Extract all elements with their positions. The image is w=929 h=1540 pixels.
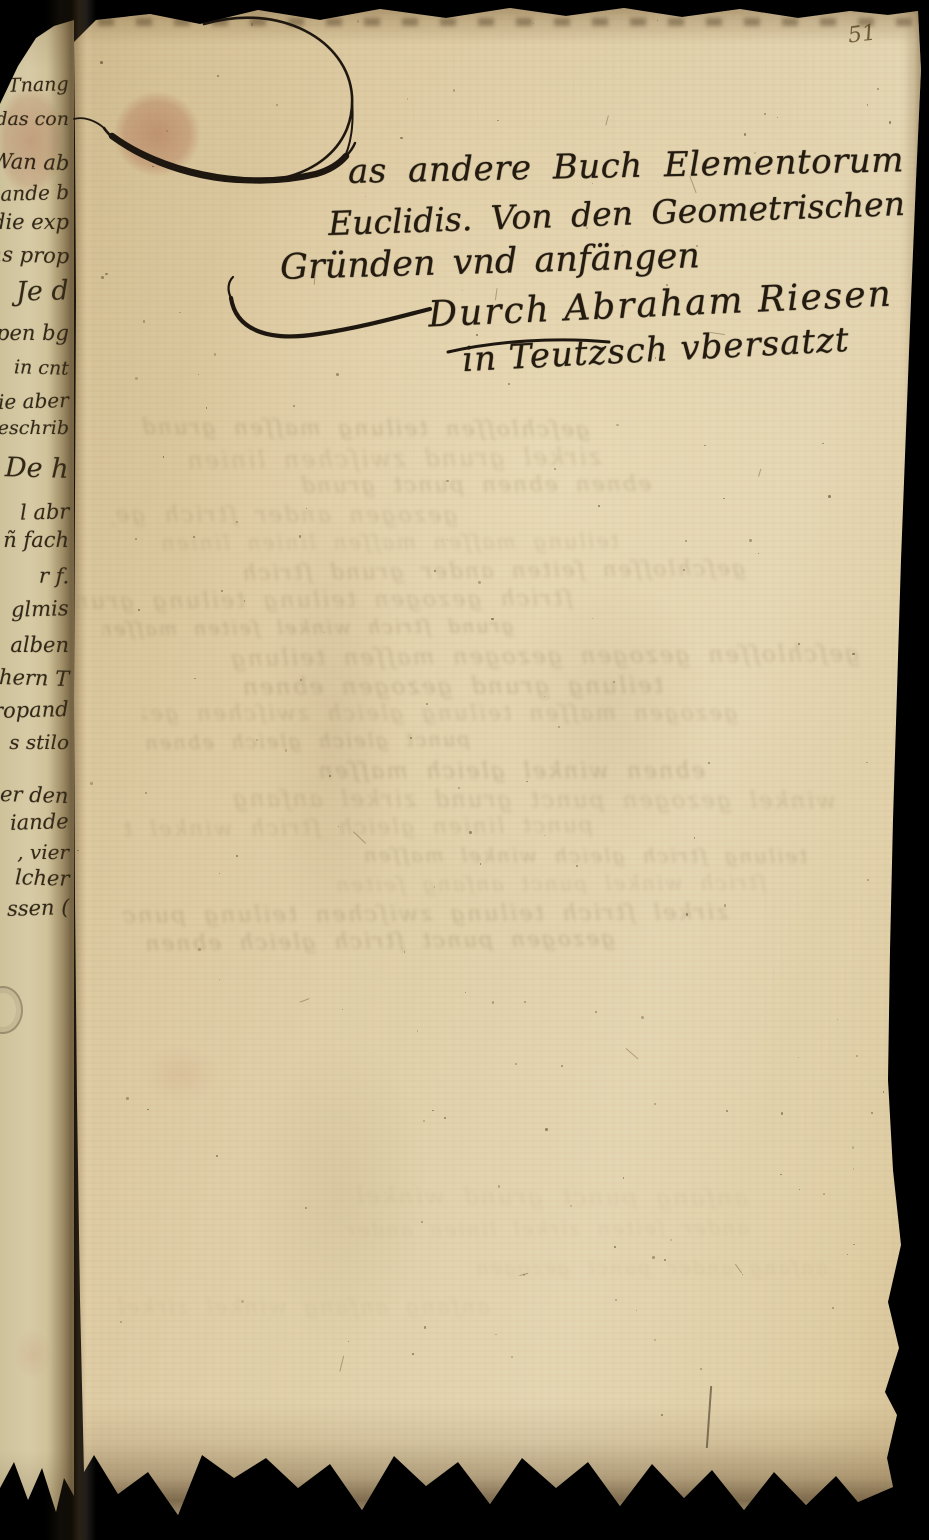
paper-speck bbox=[558, 726, 559, 727]
bleedthrough-row: teilung grund gezogen ebnen bbox=[110, 671, 663, 700]
paper-speck bbox=[866, 762, 867, 763]
folio-number: 51 bbox=[847, 20, 878, 48]
paper-speck bbox=[478, 581, 480, 583]
paper-speck bbox=[469, 831, 472, 834]
paper-speck bbox=[847, 1254, 848, 1255]
paper-speck bbox=[421, 1221, 423, 1223]
paper-speck bbox=[686, 913, 688, 915]
bleedthrough-row: zirkel grund zwiſchen linien bbox=[101, 442, 602, 475]
paper-speck bbox=[798, 643, 800, 645]
paper-speck bbox=[554, 468, 556, 470]
paper-speck bbox=[465, 992, 466, 993]
paper-speck bbox=[598, 505, 600, 507]
bleedthrough-row: punct linien gleich ſtrich winkel teilun… bbox=[122, 813, 593, 842]
handwriting-fragment: iande bbox=[10, 809, 69, 835]
bleedthrough-row: gezogen maſſen teilung gleich zwiſchen g… bbox=[142, 701, 738, 726]
handwriting-fragment: r f. bbox=[38, 564, 69, 589]
bleedthrough-row: geſchloſſen teilung maſſen grund bbox=[110, 415, 590, 443]
paper-speck bbox=[480, 863, 481, 864]
paper-speck bbox=[145, 792, 147, 794]
handwriting-fragment: chs prop bbox=[0, 242, 69, 269]
paper-speck bbox=[342, 1009, 343, 1010]
torn-paper-flap bbox=[340, 1508, 394, 1538]
paper-speck bbox=[147, 1109, 149, 1111]
paper-speck bbox=[545, 1128, 548, 1131]
paper-speck bbox=[410, 737, 412, 739]
paper-speck bbox=[670, 1239, 672, 1241]
bleedthrough-row: ander ſeiten zirkel linien ander bbox=[155, 1216, 748, 1243]
bleedthrough-row: winkel gezogen punct grund zirkel anfang bbox=[98, 785, 836, 814]
handwriting-fragment: das con bbox=[0, 108, 69, 130]
paper-speck bbox=[90, 782, 92, 784]
paper-speck bbox=[570, 1205, 572, 1207]
paper-speck bbox=[336, 373, 339, 376]
paper-speck bbox=[143, 320, 145, 322]
handwriting-fragment: t geschrib bbox=[0, 417, 69, 439]
handwriting-fragment: in cnt bbox=[14, 356, 69, 380]
paper-speck bbox=[726, 1110, 728, 1112]
bleedthrough-row: gezogen punct ſtrich gleich ebnen bbox=[136, 926, 615, 956]
handwriting-fragment: , vier bbox=[17, 840, 69, 864]
handwriting-fragment: Tnang bbox=[8, 73, 69, 97]
handwriting-fragment: pen bg bbox=[0, 321, 69, 345]
paper-speck bbox=[126, 1097, 129, 1100]
paper-speck bbox=[236, 521, 238, 523]
bleedthrough-row: anfang anfang winkel zirkel maſſen punct bbox=[118, 1294, 490, 1319]
bleedthrough-row: ebnen ebnen punct grund bbox=[139, 472, 651, 499]
bleedthrough-row: gezogen ander ſtrich geſchloſſen ebnen l… bbox=[112, 501, 458, 528]
paper-speck bbox=[491, 618, 493, 620]
bleedthrough-row: teilung maſſen maſſen linien linien bbox=[89, 529, 619, 555]
handwriting-fragment: s stilo bbox=[9, 730, 69, 754]
paper-speck bbox=[135, 377, 138, 380]
handwriting-fragment: De h bbox=[5, 452, 69, 485]
handwriting-fragment: Je d bbox=[16, 275, 70, 307]
paper-speck bbox=[867, 879, 869, 881]
paper-speck bbox=[100, 61, 103, 64]
bleedthrough-row: punct gleich gleich ebnen bbox=[78, 727, 470, 755]
paper-speck bbox=[256, 739, 258, 741]
paper-speck bbox=[348, 1341, 349, 1342]
bleedthrough-row: ſtrich winkel punct anfang ſeiten bbox=[137, 870, 766, 897]
paper-speck bbox=[524, 1001, 526, 1003]
paper-speck bbox=[152, 166, 154, 168]
manuscript-scan: Tnangdas conWan abiande bdie expchs prop… bbox=[0, 0, 929, 1540]
paper-speck bbox=[198, 948, 201, 951]
paper-speck bbox=[105, 273, 107, 275]
paper-speck bbox=[683, 569, 685, 571]
paper-speck bbox=[616, 424, 618, 426]
page-right-edge bbox=[902, 2, 924, 1538]
handwriting-fragment: lcher bbox=[14, 865, 69, 891]
manuscript-page: geſchloſſen teilung maſſen grundzirkel g… bbox=[60, 2, 924, 1538]
paper-speck bbox=[777, 117, 778, 118]
handwriting-fragment: hern T bbox=[0, 665, 69, 691]
paper-speck bbox=[685, 540, 687, 542]
paper-speck bbox=[508, 383, 510, 385]
bleedthrough-row: zirkel ſtrich teilung zwiſchen teilung p… bbox=[121, 899, 728, 928]
paper-speck bbox=[412, 1353, 414, 1355]
handwriting-fragment: glmis bbox=[11, 596, 69, 622]
handwriting-fragment: ñ fach bbox=[3, 528, 69, 552]
bleedthrough-row: ſtrich gezogen teilung teilung grund ſtr… bbox=[78, 585, 573, 614]
page-top-edge bbox=[60, 2, 924, 44]
paper-speck bbox=[652, 1256, 655, 1259]
handwriting-fragment: ie aber bbox=[0, 388, 69, 414]
paper-speck bbox=[832, 1307, 834, 1309]
paper-speck bbox=[214, 353, 216, 355]
paper-speck bbox=[400, 137, 402, 139]
handwriting-fragment: ropand bbox=[0, 697, 69, 723]
paper-speck bbox=[120, 1321, 122, 1323]
paper-speck bbox=[654, 1103, 656, 1105]
paper-speck bbox=[871, 1112, 873, 1114]
torn-paper-flap bbox=[255, 1504, 315, 1538]
paper-speck bbox=[293, 405, 295, 407]
paper-speck bbox=[823, 1193, 825, 1195]
bleedthrough-row: anfang punct grund winkel bbox=[151, 1180, 748, 1211]
paper-speck bbox=[704, 445, 705, 446]
paper-speck bbox=[744, 133, 746, 135]
handwriting-fragment: er den bbox=[0, 782, 69, 808]
paper-speck bbox=[889, 121, 892, 124]
paper-speck bbox=[236, 855, 237, 856]
paper-speck bbox=[216, 1155, 218, 1157]
ink-stain bbox=[98, 76, 216, 192]
paper-speck bbox=[615, 1299, 617, 1301]
bleedthrough-row: grund ſtrich winkel ſeiten maſſen grund bbox=[103, 614, 514, 640]
handwriting-fragment: iande b bbox=[0, 180, 69, 206]
paper-speck bbox=[852, 653, 854, 655]
paper-speck bbox=[407, 98, 408, 99]
handwriting-fragment: ssen ( bbox=[6, 895, 69, 921]
handwriting-fragment: alben bbox=[10, 633, 69, 657]
paper-speck bbox=[426, 703, 428, 705]
paper-speck bbox=[324, 632, 325, 633]
paper-speck bbox=[822, 443, 823, 444]
paper-speck bbox=[101, 276, 103, 278]
paper-speck bbox=[166, 130, 168, 132]
torn-paper-flap bbox=[155, 1498, 225, 1538]
adjacent-page-edge: Tnangdas conWan abiande bdie expchs prop… bbox=[0, 0, 74, 1540]
paper-speck bbox=[217, 75, 219, 77]
handwriting-fragment: die exp bbox=[0, 210, 69, 234]
paper-speck bbox=[742, 1274, 743, 1275]
paper-speck bbox=[434, 886, 436, 888]
paper-speck bbox=[724, 904, 727, 907]
handwriting-fragment: l abr bbox=[19, 499, 69, 524]
bleedthrough-row: ebnen winkel gleich maſſen bbox=[107, 758, 705, 784]
paper-speck bbox=[434, 570, 436, 572]
paper-speck bbox=[498, 1185, 500, 1187]
paper-speck bbox=[241, 1300, 244, 1303]
bleedthrough-row: anfang ander punct gezogen bbox=[99, 1256, 827, 1280]
faint-stain bbox=[6, 1316, 60, 1392]
paper-speck bbox=[446, 480, 448, 482]
paper-speck bbox=[867, 104, 868, 105]
paper-speck bbox=[561, 1065, 563, 1067]
paper-speck bbox=[476, 334, 477, 335]
handwriting-fragment: Wan ab bbox=[0, 149, 69, 175]
paper-speck bbox=[828, 495, 831, 498]
paper-speck bbox=[664, 1259, 666, 1261]
paper-speck bbox=[300, 679, 302, 681]
paper-speck bbox=[641, 1016, 644, 1019]
torn-bottom-edge bbox=[60, 1403, 924, 1538]
paper-speck bbox=[77, 850, 79, 852]
bleedthrough-row: geſchloſſen ſeiten ander grund ſtrich bbox=[130, 556, 746, 587]
